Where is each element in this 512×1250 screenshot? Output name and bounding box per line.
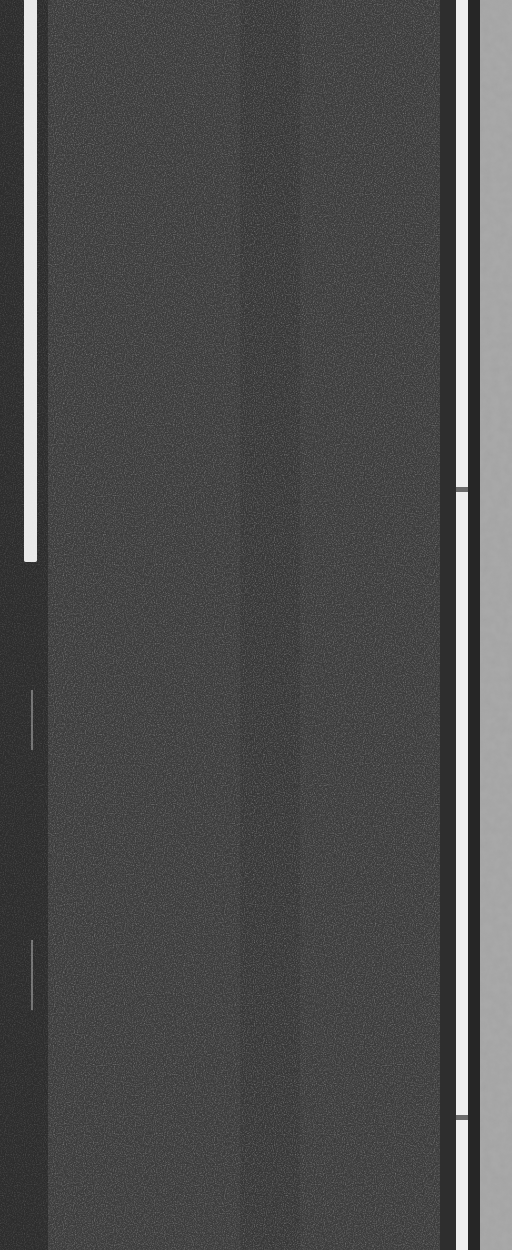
edge-line-break (456, 1115, 468, 1120)
edge-line-break (456, 487, 468, 492)
right-gutter-band (440, 0, 456, 1250)
road-scene (0, 0, 512, 1250)
left-lane-line (24, 0, 37, 562)
faint-road-mark (31, 940, 33, 1010)
sidewalk (480, 0, 512, 1250)
faint-road-mark (31, 690, 33, 750)
curb-shadow (468, 0, 480, 1250)
right-edge-line (456, 0, 468, 1250)
lane-wear-band (240, 0, 300, 1250)
